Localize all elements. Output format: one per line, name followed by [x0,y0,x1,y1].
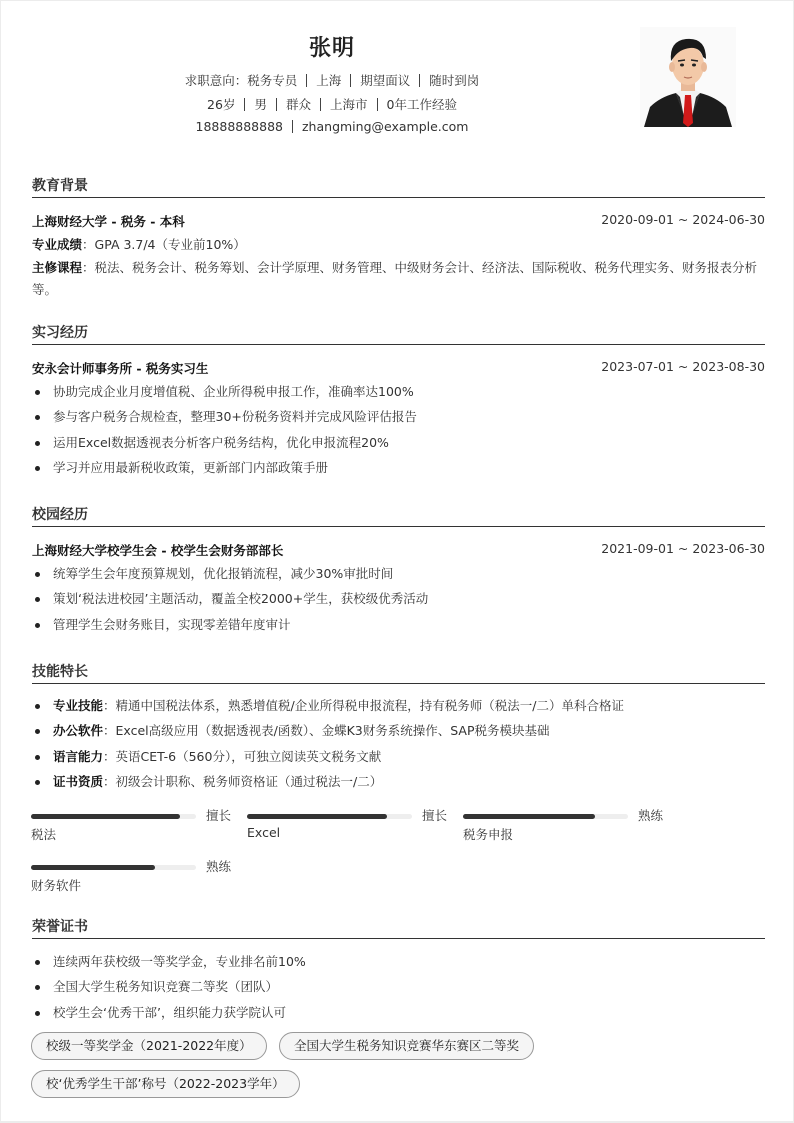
skills-bullets: 专业技能：精通中国税法体系，熟悉增值税/企业所得税申报流程，持有税务师（税法一/… [32,697,765,798]
skill-name: Excel [247,825,280,840]
skill-label: 专业技能 [53,698,103,713]
skill-text: ：初级会计职称、税务师资格证（通过税法一/二） [103,774,382,789]
gender: 男 [254,97,267,112]
internship-org-role: 安永会计师事务所 - 税务实习生 [32,361,208,376]
list-item: 语言能力：英语CET-6（560分），可独立阅读英文税务文献 [32,748,765,773]
contact-line: 18888888888zhangming@example.com [1,119,663,134]
skill-label: 办公软件 [53,723,103,738]
honor-tag: 校级一等奖学金（2021-2022年度） [31,1032,267,1060]
section-divider [32,344,765,345]
campus-date: 2021-09-01 ~ 2023-06-30 [601,541,765,556]
work-experience: 0年工作经验 [387,97,457,112]
list-item: 管理学生会财务账目，实现零差错年度审计 [32,616,765,641]
list-item: 连续两年获校级一等奖学金，专业排名前10% [32,953,765,978]
divider [350,74,351,87]
honor-tag: 全国大学生税务知识竞赛华东赛区二等奖 [279,1032,534,1060]
education-entry-header: 上海财经大学 - 税务 - 本科 2020-09-01 ~ 2024-06-30 [32,212,765,230]
skill-bar: 熟练 税务申报 [463,808,678,848]
list-item: 全国大学生税务知识竞赛二等奖（团队） [32,978,765,1003]
skill-text: ：精通中国税法体系，熟悉增值税/企业所得税申报流程，持有税务师（税法一/二）单科… [103,698,624,713]
skill-track [463,814,628,819]
availability: 随时到岗 [429,73,479,88]
internship-entry-header: 安永会计师事务所 - 税务实习生 2023-07-01 ~ 2023-08-30 [32,359,765,377]
skill-bar: 熟练 财务软件 [31,859,246,899]
gpa-value: ：GPA 3.7/4（专业前10%） [82,237,246,252]
profile-photo [640,27,736,127]
list-item: 校学生会‘优秀干部’，组织能力获学院认可 [32,1004,765,1029]
skill-level: 熟练 [638,806,663,824]
candidate-name: 张明 [1,31,663,62]
list-item: 统筹学生会年度预算规划，优化报销流程，减少30%审批时间 [32,565,765,590]
divider [377,98,378,111]
expected-salary: 期望面议 [360,73,410,88]
skill-fill [463,814,595,819]
skill-fill [31,814,180,819]
skill-fill [31,865,155,870]
campus-bullets: 统筹学生会年度预算规划，优化报销流程，减少30%审批时间 策划‘税法进校园’主题… [32,565,765,641]
list-item: 办公软件：Excel高级应用（数据透视表/函数）、金蝶K3财务系统操作、SAP税… [32,722,765,747]
skill-level: 擅长 [206,806,231,824]
list-item: 协助完成企业月度增值税、企业所得税申报工作，准确率达100% [32,383,765,408]
section-divider [32,526,765,527]
skill-name: 财务软件 [31,876,81,894]
job-city: 上海 [316,73,341,88]
skill-track [31,814,196,819]
job-target: 求职意向：税务专员 [185,73,298,88]
section-title-skills: 技能特长 [32,661,88,681]
skill-bar: 擅长 税法 [31,808,246,848]
list-item: 参与客户税务合规检查，整理30+份税务资料并完成风险评估报告 [32,408,765,433]
skill-level: 擅长 [422,806,447,824]
phone: 18888888888 [196,119,283,134]
skill-label: 证书资质 [53,774,103,789]
divider [419,74,420,87]
section-divider [32,197,765,198]
skill-fill [247,814,387,819]
section-title-honors: 荣誉证书 [32,916,88,936]
list-item: 专业技能：精通中国税法体系，熟悉增值税/企业所得税申报流程，持有税务师（税法一/… [32,697,765,722]
courses-line: 主修课程：税法、税务会计、税务筹划、会计学原理、财务管理、中级财务会计、经济法、… [32,257,765,301]
section-divider [32,938,765,939]
divider [320,98,321,111]
resume-page: 张明 求职意向：税务专员上海期望面议随时到岗 26岁男群众上海市0年工作经验 1… [1,1,793,1121]
list-item: 策划‘税法进校园’主题活动，覆盖全校2000+学生，获校级优秀活动 [32,590,765,615]
personal-info-line: 26岁男群众上海市0年工作经验 [1,95,663,113]
section-title-campus: 校园经历 [32,504,88,524]
list-item: 证书资质：初级会计职称、税务师资格证（通过税法一/二） [32,773,765,798]
campus-org-role: 上海财经大学校学生会 - 校学生会财务部部长 [32,543,283,558]
section-title-education: 教育背景 [32,175,88,195]
skill-level: 熟练 [206,857,231,875]
skill-track [247,814,412,819]
age: 26岁 [207,97,235,112]
school-major-degree: 上海财经大学 - 税务 - 本科 [32,214,185,229]
email: zhangming@example.com [302,119,468,134]
job-intention-line: 求职意向：税务专员上海期望面议随时到岗 [1,71,663,89]
skill-name: 税务申报 [463,825,513,843]
list-item: 学习并应用最新税收政策，更新部门内部政策手册 [32,459,765,484]
campus-entry-header: 上海财经大学校学生会 - 校学生会财务部部长 2021-09-01 ~ 2023… [32,541,765,559]
courses-label: 主修课程 [32,260,82,275]
skill-bar: 擅长 Excel [247,808,462,848]
list-item: 运用Excel数据透视表分析客户税务结构，优化申报流程20% [32,434,765,459]
section-divider [32,683,765,684]
avatar-icon [640,27,736,127]
gpa-line: 专业成绩：GPA 3.7/4（专业前10%） [32,234,765,256]
honor-tag: 校‘优秀学生干部’称号（2022-2023学年） [31,1070,300,1098]
divider [292,120,293,133]
divider [244,98,245,111]
skill-text: ：Excel高级应用（数据透视表/函数）、金蝶K3财务系统操作、SAP税务模块基… [103,723,549,738]
skill-track [31,865,196,870]
courses-value: ：税法、税务会计、税务筹划、会计学原理、财务管理、中级财务会计、经济法、国际税收… [32,260,757,297]
skill-text: ：英语CET-6（560分），可独立阅读英文税务文献 [103,749,381,764]
divider [306,74,307,87]
honors-bullets: 连续两年获校级一等奖学金，专业排名前10% 全国大学生税务知识竞赛二等奖（团队）… [32,953,765,1029]
divider [276,98,277,111]
education-date: 2020-09-01 ~ 2024-06-30 [601,212,765,227]
section-title-internship: 实习经历 [32,322,88,342]
skill-label: 语言能力 [53,749,103,764]
gpa-label: 专业成绩 [32,237,82,252]
skill-name: 税法 [31,825,56,843]
residence: 上海市 [330,97,368,112]
internship-date: 2023-07-01 ~ 2023-08-30 [601,359,765,374]
internship-bullets: 协助完成企业月度增值税、企业所得税申报工作，准确率达100% 参与客户税务合规检… [32,383,765,484]
political-status: 群众 [286,97,311,112]
